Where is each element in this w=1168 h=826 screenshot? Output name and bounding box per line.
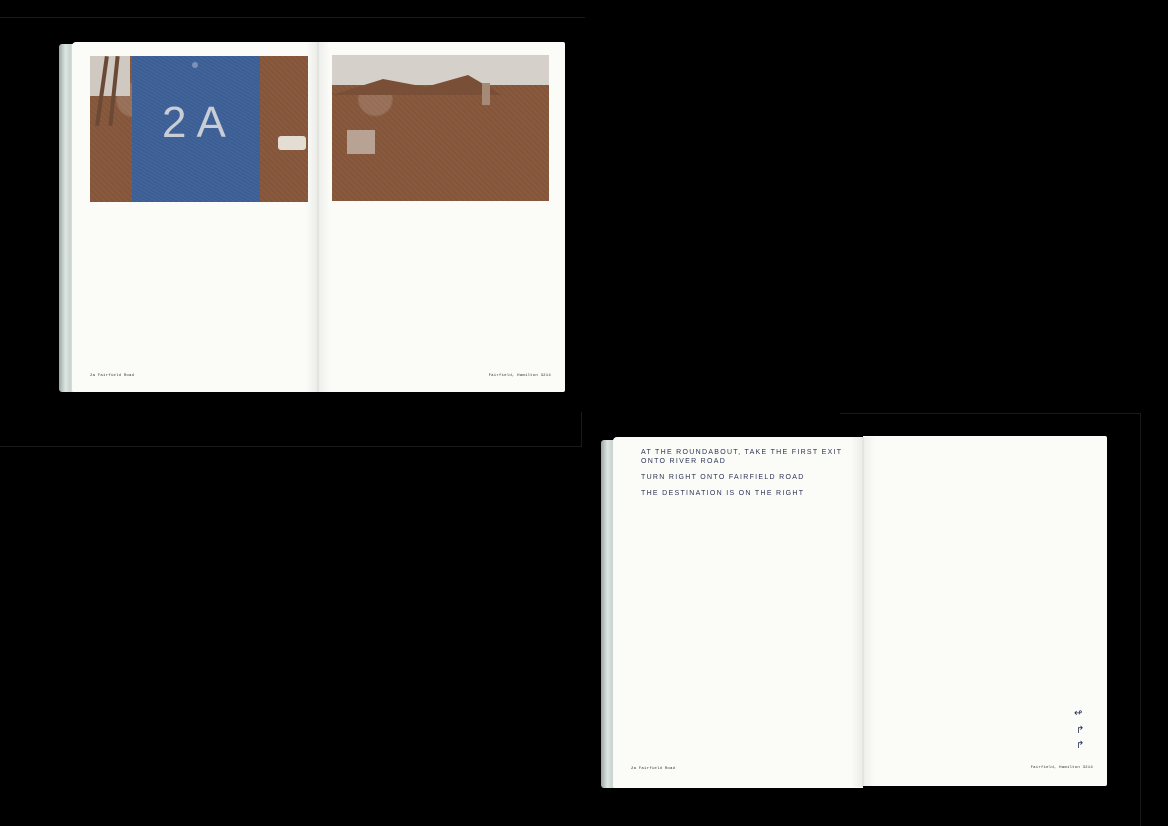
direction-line-2: onto River Road (641, 457, 726, 467)
book-spread-2: At the roundabout, take the first exit o… (0, 0, 1168, 826)
turn-right-icon: ↱ (1076, 741, 1084, 751)
turn-right-icon: ↱ (1076, 726, 1084, 736)
spine-gutter (851, 437, 875, 787)
direction-line-3: Turn right onto Fairfield Road (641, 473, 805, 483)
folio-left: 2a Fairfield Road (631, 767, 675, 771)
right-page: ↫ ↱ ↱ Fairfield, Hamilton 3214 (863, 436, 1107, 786)
left-page: At the roundabout, take the first exit o… (613, 437, 863, 788)
direction-line-4: The destination is on the right (641, 489, 804, 499)
roundabout-exit-icon: ↫ (1074, 709, 1082, 719)
folio-right: Fairfield, Hamilton 3214 (1031, 766, 1093, 770)
